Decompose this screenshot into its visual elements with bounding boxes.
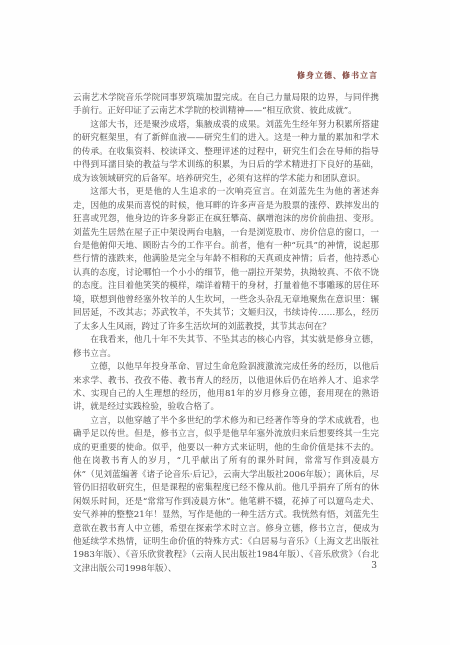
paragraph-continuation: 云南艺术学院音乐学院同事罗筑瑞加盟完成。在自己力量局限的边界，与同伴携手前行。正… [73,92,379,119]
paragraph-lide: 立德，以他早年投身革命、冒过生命危险泅渡激流完成任务的经历，以他后来求学、教书、… [73,361,379,415]
paragraph-core-summary: 在我看来，他几十年不失其节、不坠其志的核心内容，其实就是修身立德，修书立言。 [73,334,379,361]
paragraph-research-team: 这部大书，还是聚沙成塔，集腋成裘的成果。刘蓝先生经年努力积累所搭建的研究框架里，… [73,119,379,186]
page-number: 3 [371,561,377,571]
paragraph-liyan: 立言，以他穿越了半个多世纪的学术修为和已经著作等身的学术成就看，也确乎足以传世。… [73,415,379,576]
paragraph-life-pursuit: 这部大书，更是他的人生追求的一次响亮宣言。在刘蓝先生为他的著述奔走，因他的成果而… [73,186,379,334]
body-text: 云南艺术学院音乐学院同事罗筑瑞加盟完成。在自己力量局限的边界，与同伴携手前行。正… [73,92,379,576]
running-header: 修身立德、修书立言 [297,70,378,81]
document-page: 修身立德、修书立言 云南艺术学院音乐学院同事罗筑瑞加盟完成。在自己力量局限的边界… [0,0,450,645]
